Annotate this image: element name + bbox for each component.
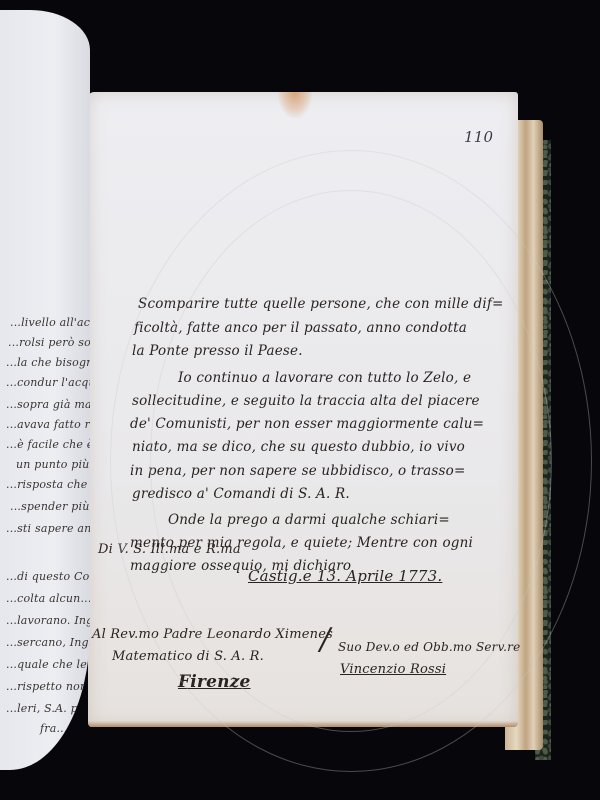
body-line: Scomparire tutte quelle persone, che con…: [138, 296, 504, 312]
left-fragment: ...rolsi però sopra: [8, 336, 90, 349]
left-fragment: ...risposta che: [6, 478, 87, 491]
left-fragment: ...di questo Comun.: [6, 570, 90, 583]
closing-formula: Di V. S. Ill.ma e R.ma: [98, 542, 241, 557]
left-page-curl: ...livello all'acqua ...rolsi però sopra…: [0, 10, 90, 770]
signature-line-1: Suo Dev.o ed Obb.mo Serv.re: [338, 640, 520, 654]
addressee-place: Firenze: [178, 672, 251, 692]
left-fragment: ...sopra già mandò: [6, 398, 90, 411]
left-fragment: ...quale che le...: [6, 658, 90, 671]
left-fragment: fra...: [40, 722, 68, 735]
addressee-line-2: Matematico di S. A. R.: [112, 649, 264, 664]
binding-stain: [278, 92, 312, 118]
left-fragment: ...rispetto non...: [6, 680, 90, 693]
left-fragment: ...sercano, Ingh.: [6, 636, 90, 649]
left-fragment: ...livello all'acqua: [10, 316, 90, 329]
left-fragment: ...spender più: [10, 500, 90, 513]
left-fragment: ...colta alcun...: [6, 592, 90, 605]
place-date: Castig.e 13. Aprile 1773.: [248, 567, 442, 585]
left-fragment: ...sti sapere anc.: [6, 522, 90, 535]
body-line: Onde la prego a darmi qualche schiari=: [168, 512, 450, 528]
signature-name: Vincenzio Rossi: [340, 662, 446, 677]
left-fragment: ...leri, S.A. pone: [6, 702, 90, 715]
folio-number: 110: [464, 128, 493, 146]
manuscript-page: 110 Scomparire tutte quelle persone, che…: [88, 92, 518, 727]
body-line: Io continuo a lavorare con tutto lo Zelo…: [178, 370, 471, 386]
separator-slash: /: [320, 622, 330, 657]
left-fragment: ...condur l'acqua: [6, 376, 90, 389]
body-line: gredisco a' Comandi di S. A. R.: [132, 486, 350, 502]
body-line: in pena, per non sapere se ubbidisco, o …: [130, 463, 466, 479]
body-line: sollecitudine, e seguito la traccia alta…: [132, 393, 480, 409]
body-line: niato, ma se dico, che su questo dubbio,…: [132, 439, 465, 455]
addressee-line-1: Al Rev.mo Padre Leonardo Ximenes: [92, 627, 333, 642]
body-line: la Ponte presso il Paese.: [132, 343, 303, 359]
left-fragment: ...avava fatto rifl.: [6, 418, 90, 431]
left-fragment: un punto più: [16, 458, 89, 471]
left-fragment: ...lavorano. Ingh...: [6, 614, 90, 627]
page-bottom-edge: [88, 721, 518, 727]
left-fragment: ...è facile che è: [6, 438, 90, 451]
body-line: ficoltà, fatte anco per il passato, anno…: [134, 320, 467, 336]
left-fragment: ...la che bisognerà: [6, 356, 90, 369]
photo-scene: 110 Scomparire tutte quelle persone, che…: [0, 0, 600, 800]
body-line: de' Comunisti, per non esser maggiorment…: [130, 416, 484, 432]
